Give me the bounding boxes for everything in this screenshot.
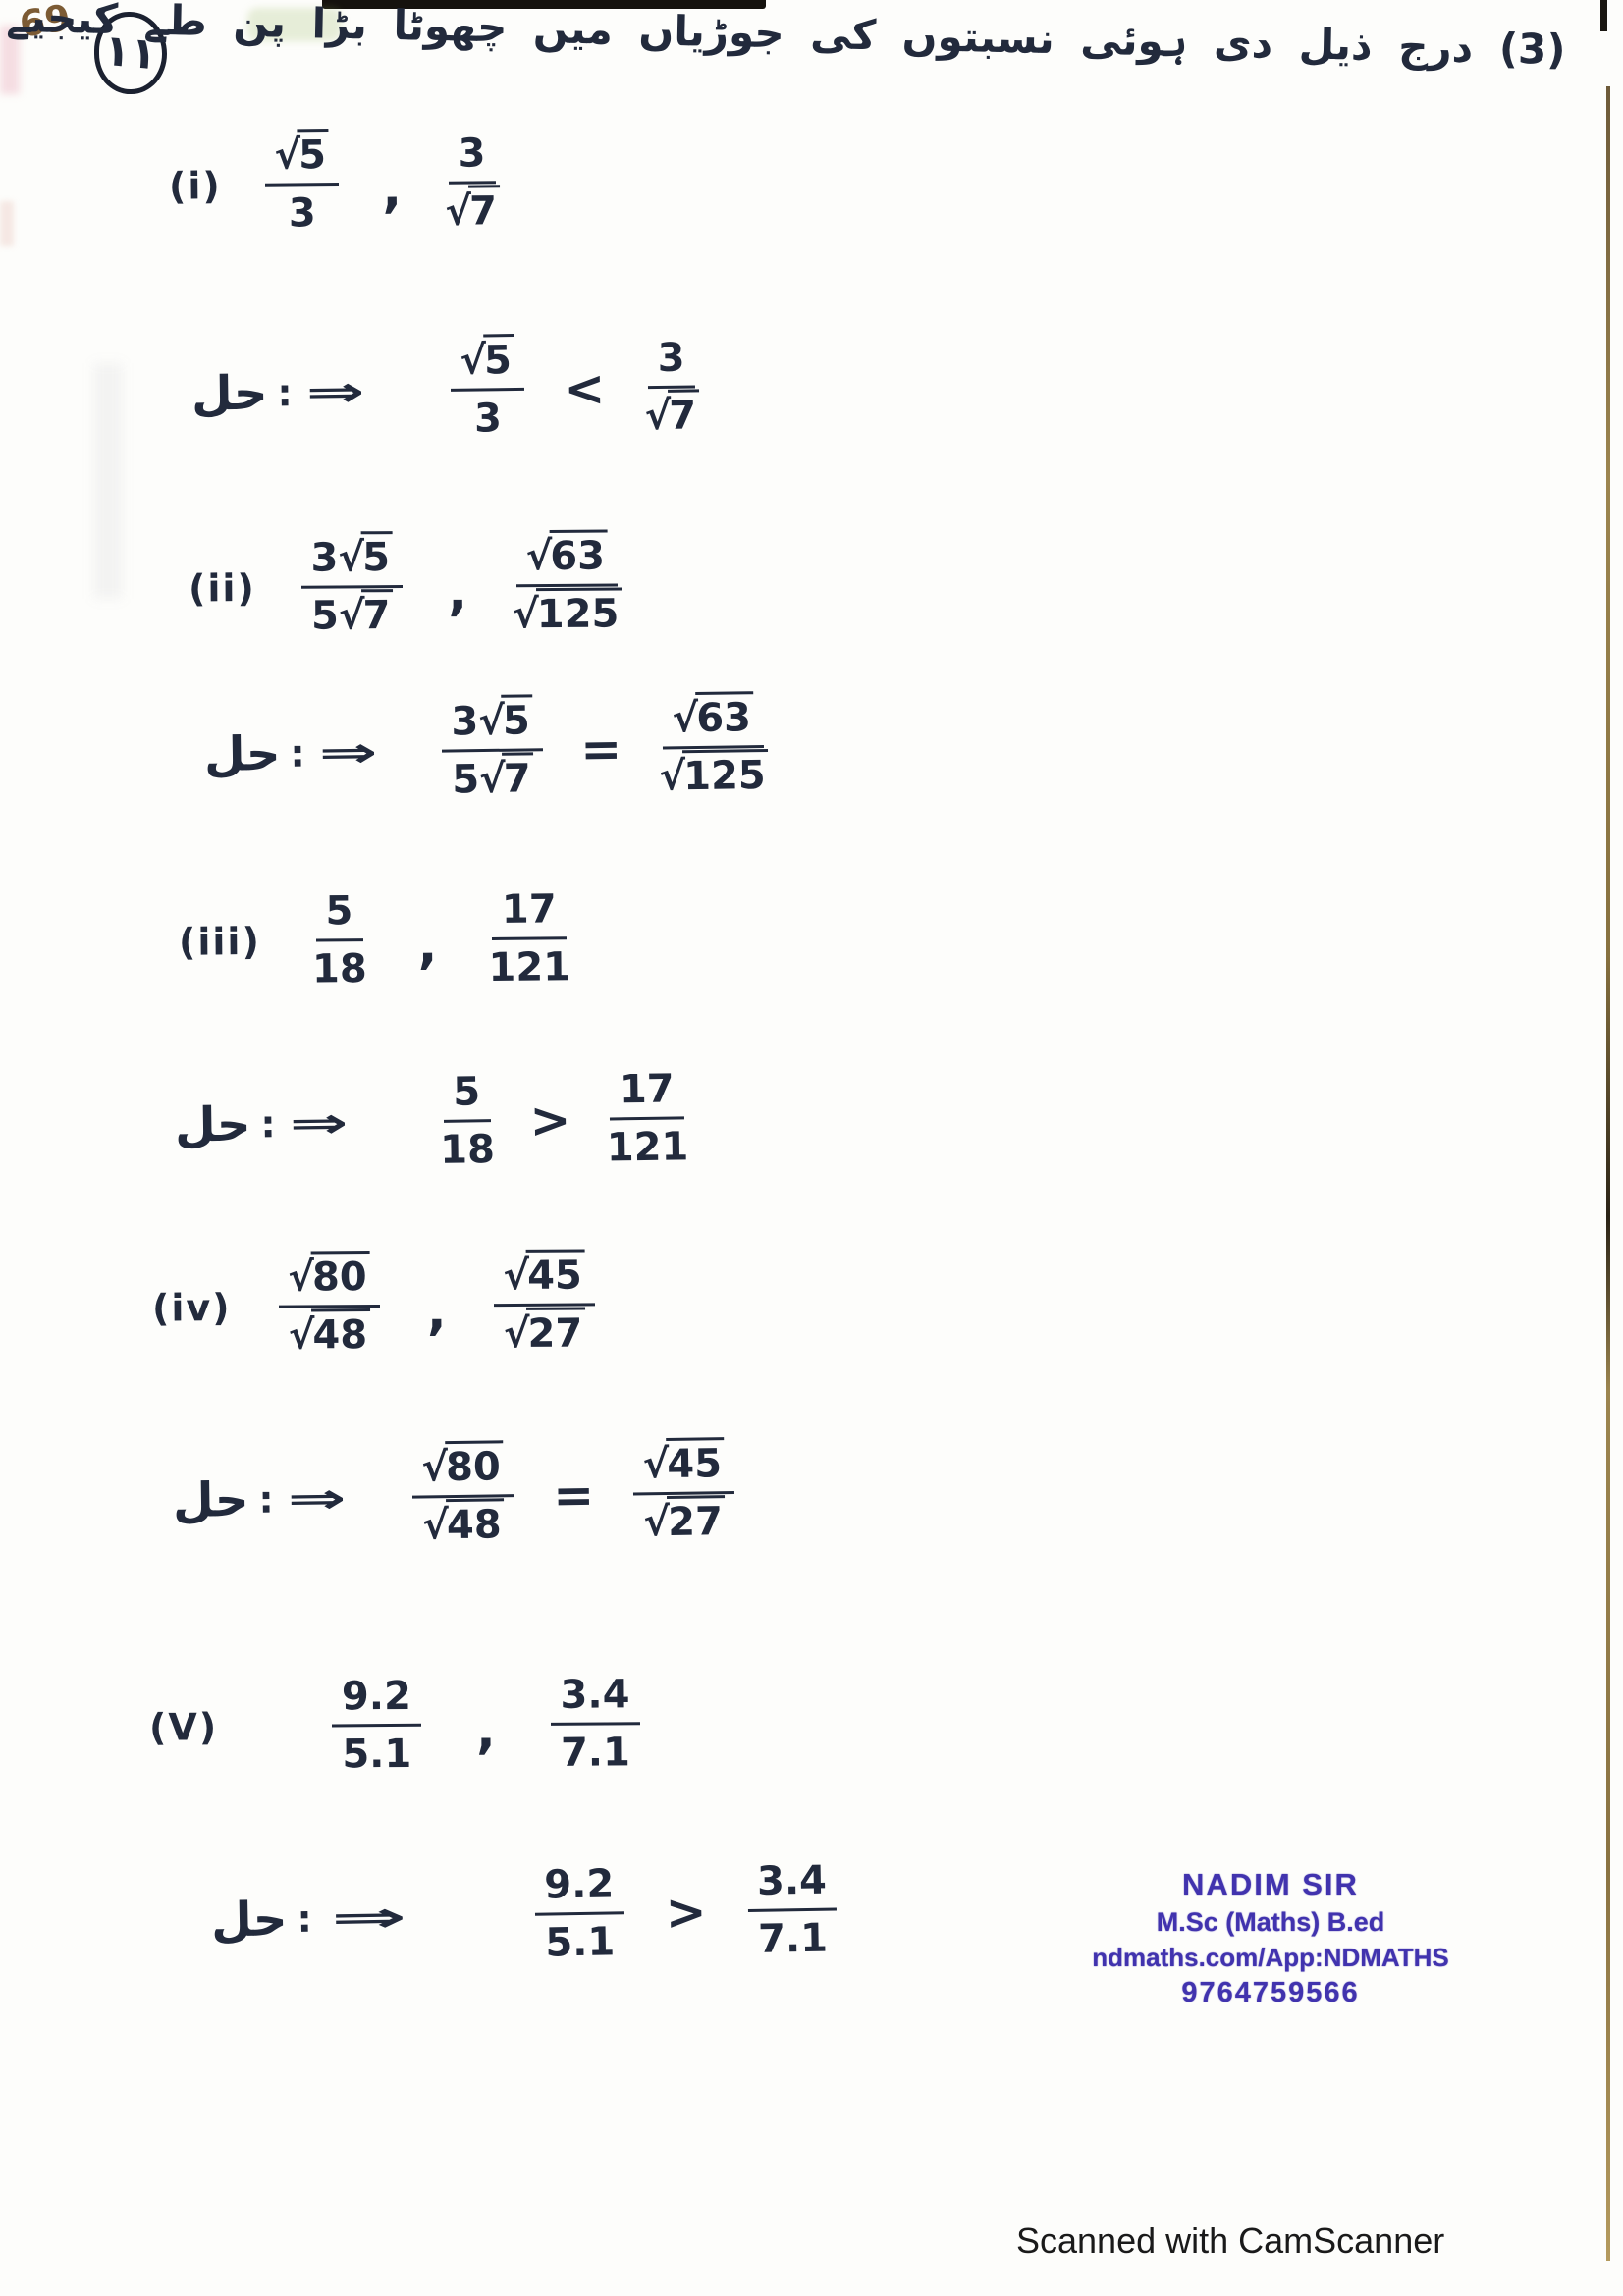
problem-row-iv: (iv) √80√48 , √45√27	[152, 1253, 596, 1359]
solution-word-urdu: حل	[211, 1892, 288, 1948]
fraction-left: 3√55√7	[300, 535, 403, 639]
square-root: √45	[642, 1441, 725, 1487]
teacher-stamp: NADIM SIR M.Sc (Maths) B.ed ndmaths.com/…	[1078, 1865, 1463, 2011]
scan-smudge	[93, 363, 123, 599]
numerator: √80	[411, 1444, 514, 1498]
problem-label: (iii)	[179, 920, 261, 964]
stamp-qualification: M.Sc (Maths) B.ed	[1078, 1905, 1463, 1941]
square-root: √125	[513, 591, 622, 637]
numerator: 9.2	[534, 1861, 624, 1916]
fraction-left: √80√48	[411, 1444, 514, 1548]
solution-word-urdu: حل	[191, 365, 268, 421]
square-root: √5	[338, 535, 393, 580]
numerator: √63	[515, 533, 618, 587]
fraction-left: 9.25.1	[332, 1674, 422, 1778]
denominator: √48	[422, 1497, 505, 1548]
fraction-right: √63√125	[513, 533, 622, 637]
problem-row-iii: (iii) 518 , 17121	[179, 886, 571, 992]
camscanner-watermark: Scanned with CamScanner	[1016, 2220, 1444, 2262]
denominator: √7	[644, 388, 699, 439]
implies-arrow-icon: ⇒	[305, 367, 365, 416]
implies-arrow-icon: ⇒	[318, 728, 378, 777]
stamp-phone: 9764759566	[1078, 1974, 1463, 2011]
solution-row-v: حل:⇒ 9.25.1 > 3.47.1	[210, 1857, 838, 1971]
numerator: 17	[610, 1066, 684, 1120]
solution-row-i: حل:⇒ √53 < 3√7	[190, 335, 699, 445]
solution-row-iv: حل:⇒ √80√48 = √45√27	[172, 1441, 735, 1552]
square-root: √7	[339, 593, 394, 638]
numerator: √45	[493, 1253, 595, 1307]
denominator: 5√7	[452, 751, 534, 802]
numerator: 5	[315, 888, 362, 941]
implies-arrow-icon: ⇒	[330, 1893, 406, 1942]
numerator: √5	[264, 133, 339, 187]
square-root: √63	[672, 695, 754, 741]
solution-colon: :	[290, 731, 305, 774]
denominator: 7.1	[561, 1725, 630, 1775]
denominator: 3	[289, 186, 316, 236]
fraction-right: √45√27	[632, 1441, 735, 1545]
numerator: 3.4	[550, 1672, 639, 1726]
fraction-left: 9.25.1	[534, 1861, 625, 1966]
problem-row-i: (i) √53 , 3√7	[168, 131, 500, 238]
square-root: √80	[288, 1255, 370, 1301]
scan-smudge	[0, 201, 14, 246]
fraction-left: √80√48	[278, 1255, 380, 1359]
square-root: √125	[659, 753, 769, 800]
solution-word-urdu: حل	[173, 1471, 249, 1527]
square-root: √48	[422, 1502, 505, 1548]
fraction-left: 518	[311, 888, 367, 991]
problem-row-ii: (ii) 3√55√7 , √63√125	[189, 533, 622, 639]
implies-arrow-icon: ⇒	[287, 1474, 347, 1523]
numerator: 3.4	[747, 1857, 838, 1912]
denominator: √7	[445, 184, 500, 235]
square-root: √5	[478, 698, 533, 744]
numerator: √5	[450, 338, 524, 392]
square-root: √7	[445, 188, 500, 235]
denominator: 3	[474, 391, 503, 441]
square-root: √27	[643, 1499, 726, 1545]
denominator: √125	[659, 748, 769, 800]
solution-marker: حل:⇒	[173, 1470, 335, 1527]
scan-corner-mark	[1600, 0, 1607, 31]
relation-symbol: >	[665, 1883, 707, 1941]
denominator: √48	[289, 1308, 371, 1359]
problem-label: (iv)	[152, 1286, 232, 1330]
solution-row-ii: حل:⇒ 3√55√7 = √63√125	[203, 695, 769, 806]
question-heading-urdu: (3) درج ذیل دی ہوئی نسبتوں کی جوڑیاں میں…	[190, 0, 1566, 74]
denominator: √125	[513, 586, 622, 637]
solution-colon: :	[258, 1477, 274, 1521]
fraction-right: 3.47.1	[747, 1857, 839, 1962]
denominator: √27	[643, 1494, 726, 1545]
relation-symbol: >	[529, 1092, 571, 1149]
fraction-right: 3.47.1	[550, 1672, 640, 1776]
square-root: √48	[289, 1312, 371, 1359]
solution-marker: حل:⇒	[211, 1890, 387, 1948]
numerator: 9.2	[332, 1674, 421, 1728]
relation-symbol: =	[553, 1467, 595, 1524]
implies-arrow-icon: ⇒	[289, 1098, 349, 1148]
square-root: √45	[503, 1253, 585, 1299]
solution-word-urdu: حل	[204, 725, 281, 781]
numerator: 3√5	[441, 698, 543, 752]
fraction-right: 3√7	[445, 131, 501, 235]
denominator: 5.1	[545, 1914, 616, 1965]
solution-colon: :	[260, 1102, 276, 1146]
fraction-left: √53	[450, 338, 525, 442]
denominator: 5.1	[342, 1727, 411, 1777]
solution-row-iii: حل:⇒ 518 > 17121	[174, 1066, 688, 1176]
fraction-right: 17121	[488, 886, 570, 990]
square-root: √5	[274, 133, 329, 179]
numerator: 3√5	[300, 535, 403, 589]
problem-label: (i)	[169, 164, 222, 208]
numerator: √80	[278, 1255, 380, 1308]
relation-symbol: =	[580, 721, 622, 778]
fraction-left: 3√55√7	[441, 698, 544, 802]
solution-marker: حل:⇒	[204, 724, 366, 781]
fraction-right: √63√125	[658, 695, 769, 800]
solution-marker: حل:⇒	[175, 1095, 337, 1152]
relation-symbol: <	[564, 359, 606, 417]
denominator: 18	[312, 941, 367, 991]
denominator: 7.1	[758, 1911, 829, 1962]
solution-colon: :	[277, 371, 293, 414]
fraction-left: √53	[264, 133, 340, 237]
stamp-website: ndmaths.com/App:NDMATHS	[1078, 1941, 1463, 1974]
square-root: √7	[644, 393, 699, 439]
denominator: 18	[440, 1122, 495, 1173]
problem-row-v: (V) 9.25.1 , 3.47.1	[149, 1672, 640, 1778]
square-root: √63	[525, 534, 608, 580]
numerator: 5	[443, 1069, 491, 1123]
solution-marker: حل:⇒	[191, 364, 353, 421]
square-root: √80	[421, 1444, 504, 1490]
problem-label: (ii)	[189, 566, 256, 610]
fraction-right: 3√7	[644, 335, 700, 439]
numerator: 3	[448, 131, 495, 184]
denominator: 121	[488, 939, 570, 990]
page-edge-line	[1606, 86, 1610, 2261]
solution-word-urdu: حل	[175, 1096, 251, 1152]
numerator: 3	[647, 335, 695, 389]
square-root: √27	[504, 1310, 586, 1357]
fraction-left: 518	[439, 1069, 495, 1173]
numerator: √45	[632, 1441, 734, 1495]
problem-label: (V)	[149, 1705, 218, 1748]
square-root: √5	[460, 338, 514, 384]
square-root: √7	[479, 756, 534, 802]
denominator: 121	[606, 1119, 688, 1170]
numerator: 17	[492, 886, 567, 940]
denominator: 5√7	[311, 588, 394, 639]
fraction-right: √45√27	[493, 1253, 595, 1357]
solution-colon: :	[297, 1896, 312, 1940]
stamp-name: NADIM SIR	[1078, 1865, 1463, 1905]
fraction-right: 17121	[606, 1066, 689, 1170]
denominator: √27	[504, 1306, 586, 1357]
numerator: √63	[662, 695, 764, 749]
